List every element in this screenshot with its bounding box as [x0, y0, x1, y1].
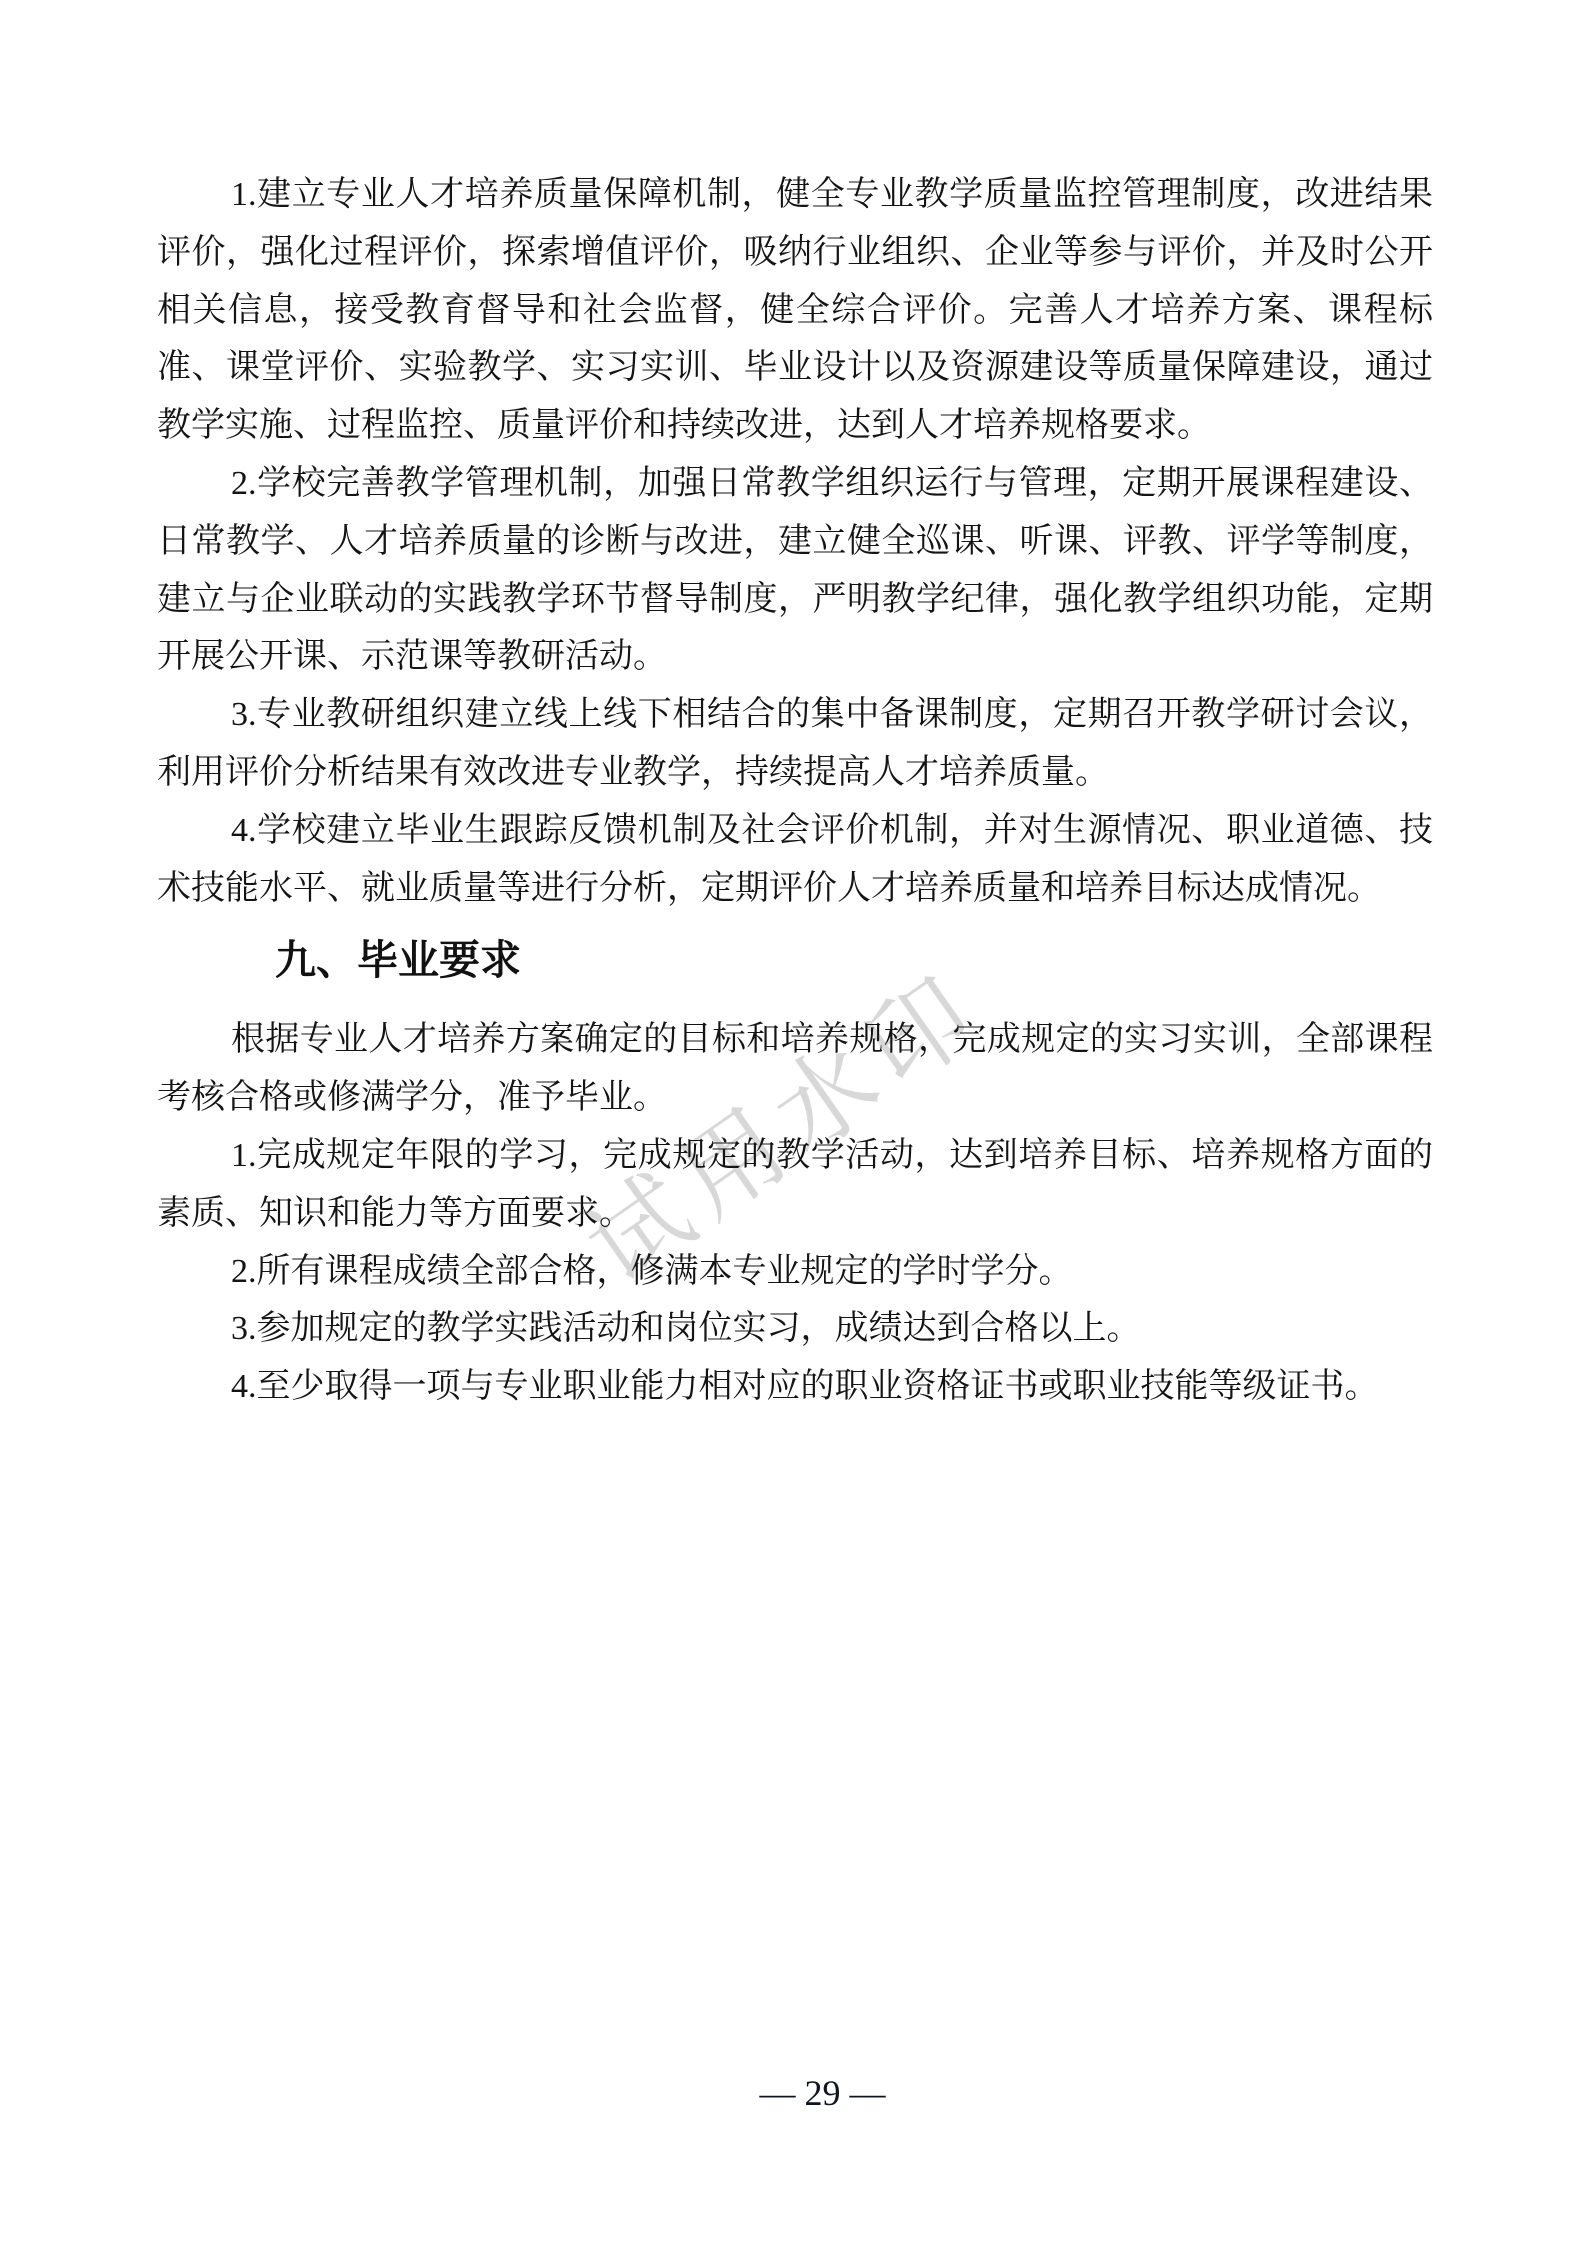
paragraph-quality-item-2: 2.学校完善教学管理机制，加强日常教学组织运行与管理，定期开展课程建设、日常教学…	[157, 455, 1433, 686]
paragraph-graduation-intro: 根据专业人才培养方案确定的目标和培养规格，完成规定的实习实训，全部课程考核合格或…	[157, 1011, 1433, 1127]
section-heading-graduation-requirements: 九、毕业要求	[157, 931, 1433, 989]
paragraph-graduation-item-3: 3.参加规定的教学实践活动和岗位实习，成绩达到合格以上。	[157, 1300, 1433, 1358]
paragraph-quality-item-4: 4.学校建立毕业生跟踪反馈机制及社会评价机制，并对生源情况、职业道德、技术技能水…	[157, 802, 1433, 918]
paragraph-graduation-item-1: 1.完成规定年限的学习，完成规定的教学活动，达到培养目标、培养规格方面的素质、知…	[157, 1127, 1433, 1243]
page-content: 1.建立专业人才培养质量保障机制，健全专业教学质量监控管理制度，改进结果评价，强…	[157, 166, 1433, 1416]
paragraph-graduation-item-4: 4.至少取得一项与专业职业能力相对应的职业资格证书或职业技能等级证书。	[157, 1358, 1433, 1416]
paragraph-quality-item-1: 1.建立专业人才培养质量保障机制，健全专业教学质量监控管理制度，改进结果评价，强…	[157, 166, 1433, 455]
document-page: 试用水印 1.建立专业人才培养质量保障机制，健全专业教学质量监控管理制度，改进结…	[0, 0, 1587, 2245]
paragraph-graduation-item-2: 2.所有课程成绩全部合格，修满本专业规定的学时学分。	[157, 1243, 1433, 1301]
page-number: — 29 —	[0, 2072, 1587, 2114]
paragraph-quality-item-3: 3.专业教研组织建立线上线下相结合的集中备课制度，定期召开教学研讨会议，利用评价…	[157, 686, 1433, 802]
